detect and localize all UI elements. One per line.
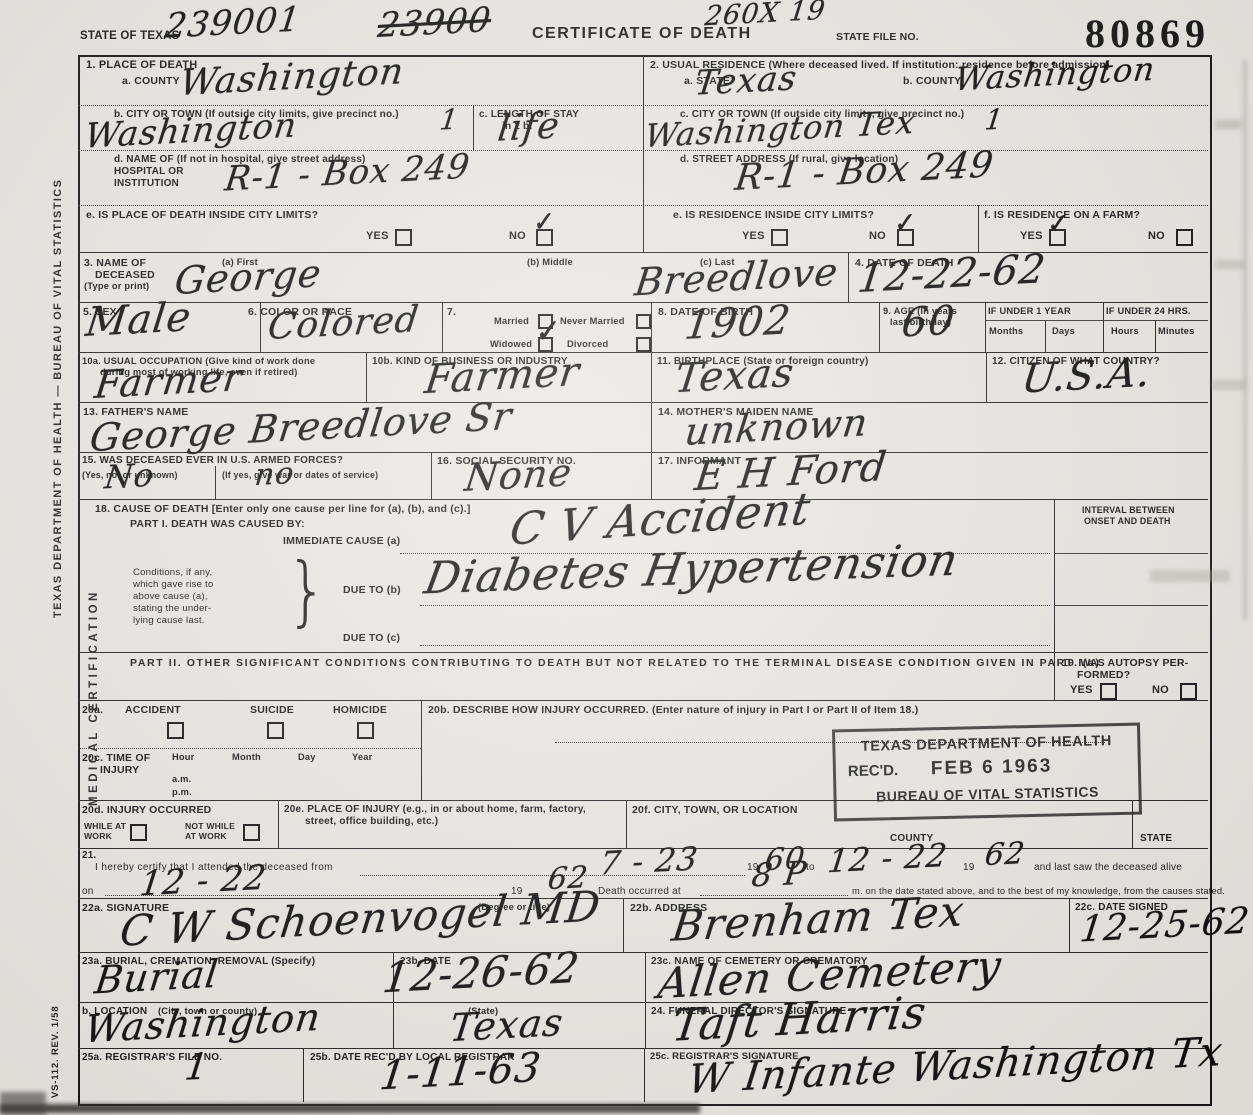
hour-label: Hour [172,752,195,763]
accident-label: ACCIDENT [125,704,181,716]
divorced-label: Divorced [567,339,608,350]
residence-farm-no-label: NO [1148,230,1165,243]
handwritten-serial-2: 23900 [376,3,493,43]
certify-text-6: . Death occurred at [592,886,681,898]
checkmark-death-city-limits-no: ✓ [530,208,554,235]
name-of-deceased-label: 3. NAME OF [84,257,146,269]
describe-injury-label: 20b. DESCRIBE HOW INJURY OCCURRED. (Ente… [428,704,918,716]
scan-artifact [1215,120,1241,129]
checkbox-residence-farm-no [1176,229,1193,246]
margin-agency-text: TEXAS DEPARTMENT OF HEALTH — BUREAU OF V… [52,179,64,618]
while-at-work-label-2: WORK [84,832,112,842]
marital-status-label: 7. [447,306,456,318]
armed-forces-value-1: No [103,459,156,494]
length-of-stay-value: life [496,108,562,148]
residence-county-value: Washington [953,53,1157,96]
attended-to-year: 62 [983,839,1027,871]
last-seen-date-value: 12 - 22 [138,861,269,902]
grid-line [78,748,421,749]
state-file-no-label: STATE FILE NO. [836,31,919,43]
month-label: Month [232,752,261,763]
autopsy-label-2: FORMED? [1077,669,1130,681]
grid-line [78,952,1208,953]
residence-farm-yes-label: YES [1020,230,1043,243]
margin-form-code: VS-112. REV. 1/58 [50,1006,61,1098]
certify-text-3: and last saw the deceased alive [1034,862,1182,874]
conditions-note-3: above cause (a), [133,591,208,602]
interval-label-2: ONSET AND DEATH [1084,516,1171,526]
first-name-value: George [173,254,324,300]
interval-label-1: INTERVAL BETWEEN [1082,505,1175,515]
residence-state-value: Texas [693,61,799,101]
checkbox-divorced [636,337,651,352]
grid-line [421,700,422,800]
grid-line [1103,302,1104,352]
checkbox-accident [167,722,184,739]
grid-line [644,1048,645,1102]
scan-artifact [0,1092,46,1115]
date-received-value: 1-11-63 [378,1048,544,1097]
date-of-death-value: 12-22-62 [856,249,1048,299]
grid-line [626,800,627,848]
last-name-value: Breedlove [633,253,841,302]
residence-county-label: b. COUNTY [903,75,961,87]
grid-line [473,105,474,150]
conditions-note-5: lying cause last. [133,615,205,626]
place-of-injury-label-2: street, office building, etc.) [305,816,438,828]
grid-line [978,205,979,252]
residence-city-limits-label: e. IS RESIDENCE INSIDE CITY LIMITS? [673,209,874,221]
place-of-death-title: 1. PLACE OF DEATH [86,59,197,72]
grid-line [278,800,279,848]
year-label: Year [352,752,372,763]
handwritten-serial-1: 239001 [163,2,303,43]
if-under-1-year-label: IF UNDER 1 YEAR [988,306,1071,317]
grid-line [1045,320,1046,352]
injury-occurred-label: 20d. INJURY OCCURRED [82,804,211,816]
time-of-injury-label-2: INJURY [100,764,139,776]
social-security-value: None [463,453,575,497]
cause-of-death-label: 18. CAUSE OF DEATH [Enter only one cause… [95,503,471,515]
death-time-value: 8 P [750,856,809,891]
birthplace-value: Texas [673,353,797,400]
business-industry-value: Farmer [423,352,582,400]
stamp-bureau-line: BUREAU OF VITAL STATISTICS [836,783,1138,806]
armed-forces-value-2: no [253,459,296,491]
county-of-death-label: a. COUNTY [122,75,180,87]
attended-from-value: 7 - 23 [598,842,700,879]
citizen-value: U.S.A. [1020,352,1154,399]
residence-city-limits-yes-label: YES [742,230,765,243]
death-certificate-scan: STATE OF TEXAS 239001 23900 CERTIFICATE … [0,0,1253,1115]
grid-line [1054,605,1208,606]
name-of-deceased-label-3: (Type or print) [84,281,149,292]
burial-type-value: Burial [93,955,221,1000]
funeral-director-value: Taft Harris [669,991,929,1049]
stamp-date: FEB 6 1963 [931,756,1053,781]
grid-line [651,352,652,402]
certify-text-4: on [82,886,94,898]
grid-line [986,352,987,402]
due-to-c-label: DUE TO (c) [343,632,400,644]
received-stamp: TEXAS DEPARTMENT OF HEALTH REC'D. FEB 6 … [832,723,1142,822]
city-of-death-value: Washington [83,108,299,153]
hospital-label-2: HOSPITAL OR [114,166,184,178]
death-city-limits-yes-label: YES [366,230,389,243]
checkbox-death-city-limits-yes [395,229,412,246]
conditions-brace: } [286,553,328,629]
grid-line [651,302,652,352]
armed-forces-sub-2: (If yes, give war or dates of service) [222,470,378,480]
residence-city-precinct: 1 [983,105,1005,134]
married-label: Married [494,316,529,327]
residence-city-limits-no-label: NO [869,230,886,243]
grid-line [985,302,986,352]
not-while-at-work-label-2: AT WORK [185,832,227,842]
scan-artifact [1215,260,1245,269]
stamp-recd-label: REC'D. [848,762,899,780]
handwritten-code: 260X 19 [703,0,827,30]
widowed-label: Widowed [490,339,532,350]
grid-line [431,452,432,499]
grid-line [651,402,652,452]
autopsy-yes-label: YES [1070,684,1093,697]
part1-label: PART I. DEATH WAS CAUSED BY: [130,518,305,530]
grid-line [879,302,880,352]
place-of-injury-label-1: 20e. PLACE OF INJURY (e.g., in or about … [284,804,586,816]
checkbox-autopsy-yes [1100,683,1117,700]
checkmark-widowed: ✓ [532,316,560,348]
attended-to-value: 12 - 22 [826,839,949,878]
grid-line [78,352,1208,353]
writing-line [420,645,1050,646]
date-of-birth-value: 1902 [683,300,794,346]
if-under-24-hrs-label: IF UNDER 24 HRS. [1106,306,1191,317]
mothers-maiden-name-value: unknown [683,403,871,451]
sex-value: Male [84,297,194,343]
checkbox-residence-city-limits-yes [771,229,788,246]
grid-line [78,452,1208,453]
injury-state-label: STATE [1140,833,1172,845]
year-prefix-2: 19 [963,862,975,874]
manner-label: 20a. [82,704,103,716]
writing-line [420,605,1050,606]
never-married-label: Never Married [560,316,625,327]
scan-artifact [1212,380,1246,390]
date-signed-value: 12-25-62 [1078,903,1252,948]
homicide-label: HOMICIDE [333,704,387,716]
suicide-label: SUICIDE [250,704,294,716]
grid-line [78,652,1208,653]
checkbox-never-married [636,314,651,329]
grid-line [215,466,216,499]
autopsy-no-label: NO [1152,684,1169,697]
checkmark-residence-farm-yes: ✓ [1044,210,1068,237]
death-city-limits-no-label: NO [509,230,526,243]
grid-line [623,898,624,952]
grid-line [985,320,1208,321]
grid-line [303,1048,304,1102]
time-of-injury-label-1: 20c. TIME OF [82,752,150,764]
injury-city-label: 20f. CITY, TOWN, OR LOCATION [632,804,798,816]
grid-line [1054,553,1208,554]
months-label: Months [989,326,1023,337]
middle-name-label: (b) Middle [527,257,573,268]
scan-artifact [1243,60,1247,620]
hours-label: Hours [1111,326,1139,337]
autopsy-label-1: 19. WAS AUTOPSY PER- [1062,657,1188,669]
age-value: 60 [900,300,958,343]
grid-line [78,700,1208,701]
grid-line [442,302,443,352]
conditions-note-1: Conditions, if any, [133,567,212,578]
checkbox-not-while-at-work [243,824,260,841]
burial-date-value: 12-26-62 [381,947,583,1000]
checkbox-autopsy-no [1180,683,1197,700]
grid-line [651,452,652,499]
checkbox-while-at-work [130,824,147,841]
grid-line [78,402,1208,403]
due-to-b-label: DUE TO (b) [343,584,401,596]
part2-label: PART II. OTHER SIGNIFICANT CONDITIONS CO… [130,657,1101,669]
hospital-label-3: INSTITUTION [114,178,179,190]
grid-line [1069,898,1070,952]
checkbox-suicide [267,722,284,739]
pm-label: p.m. [172,787,192,798]
death-city-limits-label: e. IS PLACE OF DEATH INSIDE CITY LIMITS? [86,209,318,221]
checkbox-homicide [357,722,374,739]
days-label: Days [1052,326,1075,337]
grid-line [1054,499,1055,700]
grid-line [1155,320,1156,352]
checkmark-residence-city-limits-no: ✓ [891,209,915,236]
stamp-agency-line: TEXAS DEPARTMENT OF HEALTH [835,733,1137,756]
usual-occupation-value: Farmer [93,358,245,404]
color-or-race-value: Colored [266,302,421,346]
am-label: a.m. [172,774,191,785]
minutes-label: Minutes [1158,326,1195,337]
name-of-deceased-label-2: DECEASED [95,269,155,281]
burial-state-value: Texas [448,1003,566,1047]
day-label: Day [298,752,316,763]
grid-line [645,952,646,1048]
conditions-note-4: stating the under- [133,603,211,614]
registrar-file-no-value: 1 [183,1049,211,1087]
conditions-note-2: which gave rise to [133,579,213,590]
grid-line [366,352,367,402]
grid-line [848,252,849,302]
city-of-death-precinct: 1 [438,105,460,134]
certify-section-label: 21. [82,850,97,862]
